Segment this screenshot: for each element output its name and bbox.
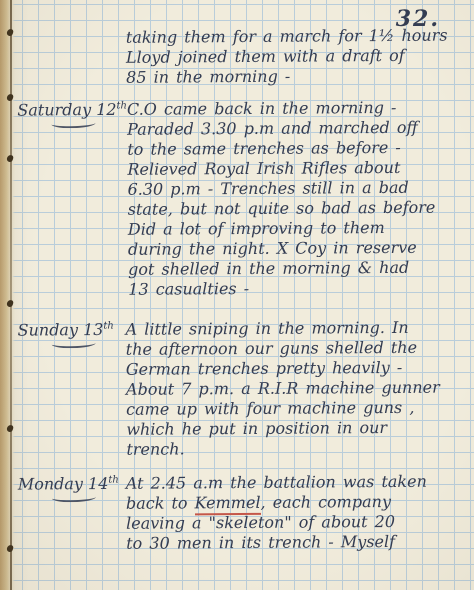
diary-entry: Sunday 13thA little sniping in the morni… — [18, 317, 467, 460]
handwritten-line: state, but not quite so bad as before — [128, 197, 467, 219]
handwritten-line: got shelled in the morning & had — [128, 257, 467, 279]
diary-entries: taking them for a march for 1½ hoursLloy… — [0, 0, 474, 553]
text-segment: A little sniping in the morning. In — [126, 318, 409, 339]
text-segment: German trenches pretty heavily - — [126, 358, 402, 379]
handwritten-line: which he put in position in our — [126, 417, 466, 439]
text-segment: At 2.45 a.m the battalion was taken — [126, 472, 427, 493]
entry-day: Saturday 12 — [17, 100, 116, 120]
entry-date — [18, 28, 126, 89]
handwritten-line: came up with four machine guns , — [126, 397, 466, 419]
handwritten-line: 85 in the morning - — [126, 65, 466, 87]
diary-entry: Monday 14thAt 2.45 a.m the battalion was… — [18, 471, 467, 554]
date-flourish — [51, 119, 95, 128]
text-segment: Paraded 3.30 p.m and marched off — [127, 118, 418, 139]
handwritten-line: leaving a "skeleton" of about 20 — [126, 511, 466, 533]
entry-day: Monday 14 — [18, 474, 109, 494]
entry-text: At 2.45 a.m the battalion was takenback … — [126, 471, 467, 553]
entry-text: C.O came back in the morning -Paraded 3.… — [127, 97, 467, 299]
handwritten-line: Did a lot of improving to them — [128, 217, 467, 239]
text-segment: 6.30 p.m - Trenches still in a bad — [127, 178, 408, 199]
text-segment: came up with four machine guns , — [126, 398, 414, 419]
entry-date: Sunday 13th — [18, 320, 127, 461]
text-segment: to 30 men in its trench - Myself — [126, 532, 395, 553]
diary-page: 32. taking them for a march for 1½ hours… — [0, 0, 474, 590]
text-segment: , each company — [260, 492, 391, 512]
handwritten-line: during the night. X Coy in reserve — [128, 237, 467, 259]
entry-text: taking them for a march for 1½ hoursLloy… — [126, 25, 466, 87]
handwritten-line: to 30 men in its trench - Myself — [126, 531, 466, 553]
date-flourish — [52, 339, 96, 348]
text-segment: Relieved Royal Irish Rifles about — [127, 158, 400, 179]
handwritten-line: Lloyd joined them with a draft of — [126, 45, 466, 67]
entry-date-suffix: th — [103, 321, 114, 332]
entry-date: Monday 14th — [18, 474, 127, 555]
handwritten-line: A little sniping in the morning. In — [126, 317, 466, 339]
text-segment: back to — [126, 493, 195, 512]
diary-entry: taking them for a march for 1½ hoursLloy… — [18, 25, 466, 88]
text-segment: 13 casualties - — [128, 279, 249, 299]
handwritten-line: to the same trenches as before - — [127, 137, 466, 159]
handwritten-line: 6.30 p.m - Trenches still in a bad — [127, 177, 466, 199]
date-flourish — [52, 493, 96, 502]
text-segment: About 7 p.m. a R.I.R machine gunner — [126, 378, 440, 399]
handwritten-line: taking them for a march for 1½ hours — [126, 25, 466, 47]
handwritten-line: the afternoon our guns shelled the — [126, 337, 466, 359]
text-segment: during the night. X Coy in reserve — [128, 238, 417, 259]
text-segment: which he put in position in our — [126, 418, 387, 439]
text-segment: C.O came back in the morning - — [127, 98, 397, 119]
text-segment: got shelled in the morning & had — [128, 258, 409, 279]
text-segment: 85 in the morning - — [126, 67, 290, 87]
entry-text: A little sniping in the morning. Inthe a… — [126, 317, 467, 459]
text-segment: Lloyd joined them with a draft of — [126, 46, 405, 67]
handwritten-line: 13 casualties - — [128, 277, 467, 299]
text-segment: trench. — [126, 439, 184, 458]
text-segment: state, but not quite so bad as before — [128, 198, 436, 219]
text-segment: Did a lot of improving to them — [128, 218, 385, 239]
text-segment: leaving a "skeleton" of about 20 — [126, 512, 395, 533]
handwritten-line: About 7 p.m. a R.I.R machine gunner — [126, 377, 466, 399]
entry-date: Saturday 12th — [17, 100, 128, 301]
entry-day: Sunday 13 — [18, 320, 104, 340]
entry-date-suffix: th — [116, 100, 127, 111]
handwritten-line: C.O came back in the morning - — [127, 97, 466, 119]
handwritten-line: German trenches pretty heavily - — [126, 357, 466, 379]
handwritten-line: At 2.45 a.m the battalion was taken — [126, 471, 466, 493]
text-segment: taking them for a march for 1½ hours — [126, 26, 448, 47]
diary-entry: Saturday 12thC.O came back in the mornin… — [17, 97, 466, 300]
text-segment: the afternoon our guns shelled the — [126, 338, 417, 359]
handwritten-line: Paraded 3.30 p.m and marched off — [127, 117, 466, 139]
handwritten-line: back to Kemmel, each company — [126, 491, 466, 513]
entry-date-suffix: th — [108, 475, 119, 486]
handwritten-line: Relieved Royal Irish Rifles about — [127, 157, 466, 179]
handwritten-line: trench. — [126, 437, 466, 459]
text-segment: to the same trenches as before - — [127, 138, 401, 159]
